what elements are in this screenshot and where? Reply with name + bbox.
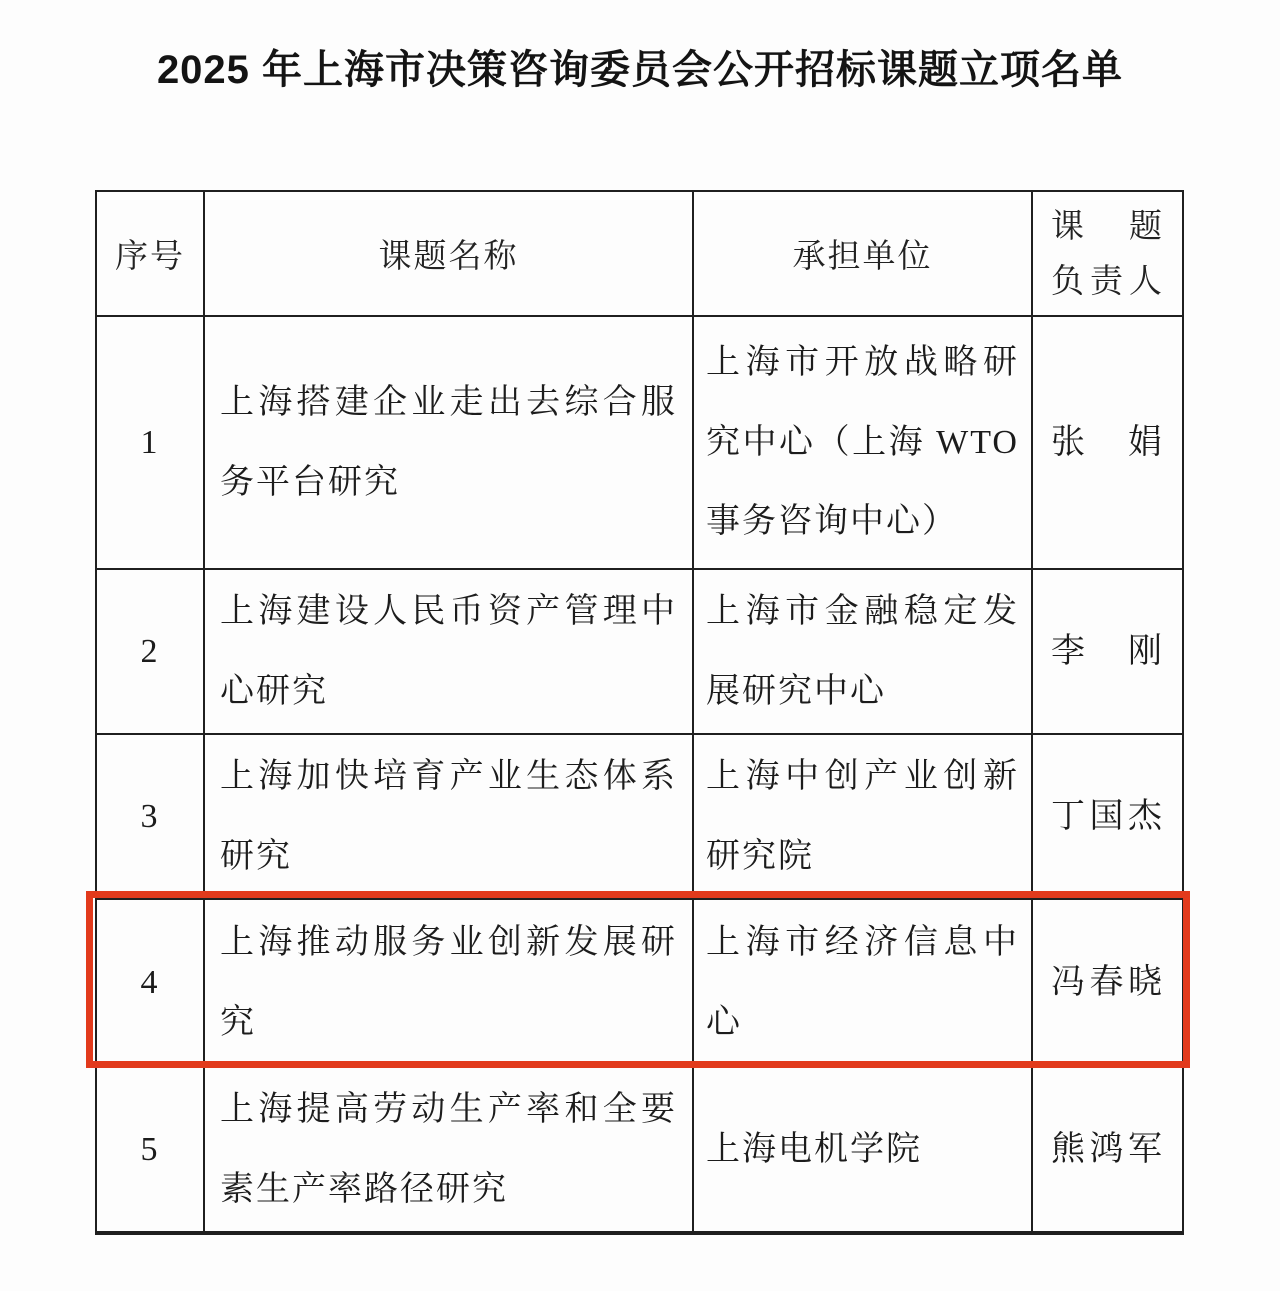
- table-row: 1 上海搭建企业走出去综合服务平台研究 上海市开放战略研究中心（上海 WTO 事…: [96, 316, 1183, 569]
- header-row: 序号 课题名称 承担单位 课 题 负责人: [96, 191, 1183, 316]
- cell-leader: 丁国杰: [1032, 734, 1183, 899]
- cell-unit: 上海中创产业创新研究院: [693, 734, 1032, 899]
- cell-no: 5: [96, 1067, 204, 1233]
- table-row: 2 上海建设人民币资产管理中心研究 上海市金融稳定发展研究中心 李 刚: [96, 569, 1183, 734]
- cell-unit: 上海市经济信息中心: [693, 899, 1032, 1067]
- cell-leader: 张 娟: [1032, 316, 1183, 569]
- cell-no: 4: [96, 899, 204, 1067]
- column-header-unit: 承担单位: [693, 191, 1032, 316]
- cell-topic: 上海加快培育产业生态体系研究: [204, 734, 693, 899]
- cell-topic: 上海提高劳动生产率和全要素生产率路径研究: [204, 1067, 693, 1233]
- cell-topic: 上海推动服务业创新发展研究: [204, 899, 693, 1067]
- cell-leader: 熊鸿军: [1032, 1067, 1183, 1233]
- table-row-highlighted: 4 上海推动服务业创新发展研究 上海市经济信息中心 冯春晓: [96, 899, 1183, 1067]
- cell-unit: 上海电机学院: [693, 1067, 1032, 1233]
- cell-no: 3: [96, 734, 204, 899]
- cell-topic: 上海搭建企业走出去综合服务平台研究: [204, 316, 693, 569]
- column-header-no: 序号: [96, 191, 204, 316]
- cell-no: 2: [96, 569, 204, 734]
- cell-leader: 李 刚: [1032, 569, 1183, 734]
- cell-unit: 上海市金融稳定发展研究中心: [693, 569, 1032, 734]
- column-header-topic: 课题名称: [204, 191, 693, 316]
- table-row: 5 上海提高劳动生产率和全要素生产率路径研究 上海电机学院 熊鸿军: [96, 1067, 1183, 1233]
- page-title: 2025 年上海市决策咨询委员会公开招标课题立项名单: [0, 38, 1280, 95]
- cell-unit: 上海市开放战略研究中心（上海 WTO 事务咨询中心）: [693, 316, 1032, 569]
- projects-table: 序号 课题名称 承担单位 课 题 负责人 1 上海搭建企业走出去综合服务平台研究…: [95, 190, 1184, 1235]
- table-row: 3 上海加快培育产业生态体系研究 上海中创产业创新研究院 丁国杰: [96, 734, 1183, 899]
- cell-leader: 冯春晓: [1032, 899, 1183, 1067]
- column-header-leader: 课 题 负责人: [1032, 191, 1183, 316]
- cell-topic: 上海建设人民币资产管理中心研究: [204, 569, 693, 734]
- cell-no: 1: [96, 316, 204, 569]
